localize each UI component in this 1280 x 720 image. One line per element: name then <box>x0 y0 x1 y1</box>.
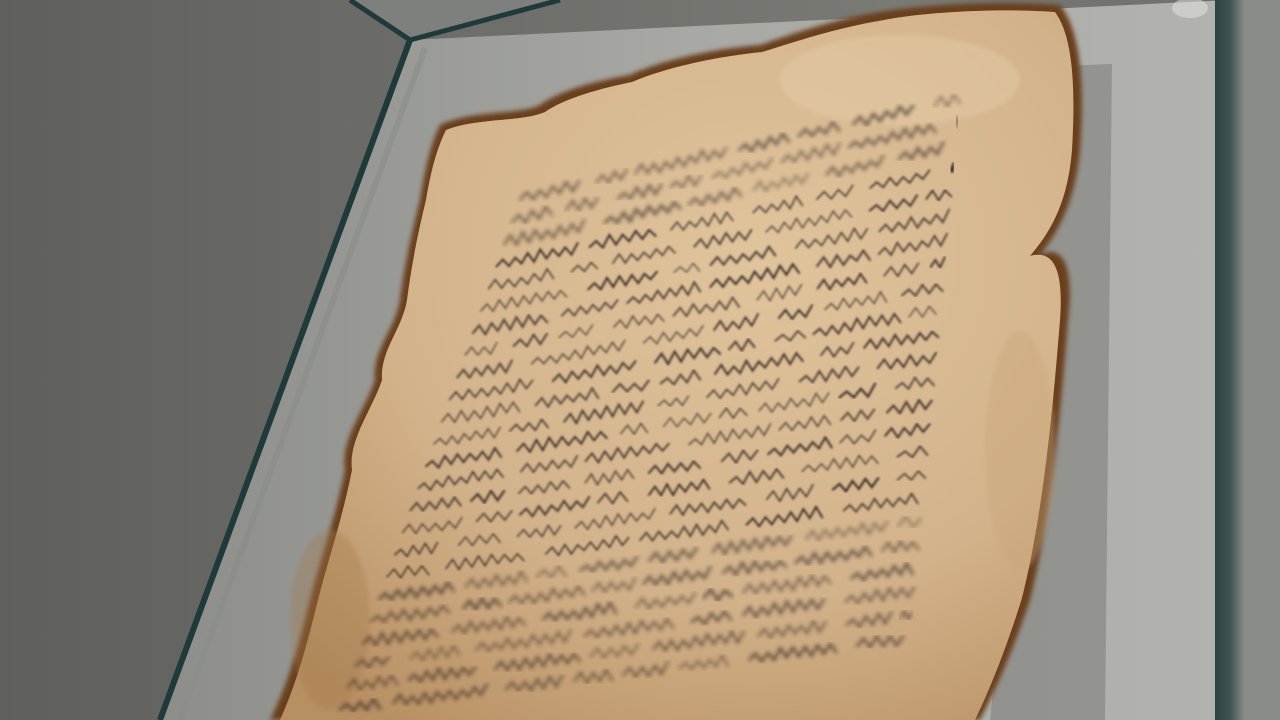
museum-display-scene <box>0 0 1280 720</box>
manuscript-parchment <box>0 0 1280 720</box>
